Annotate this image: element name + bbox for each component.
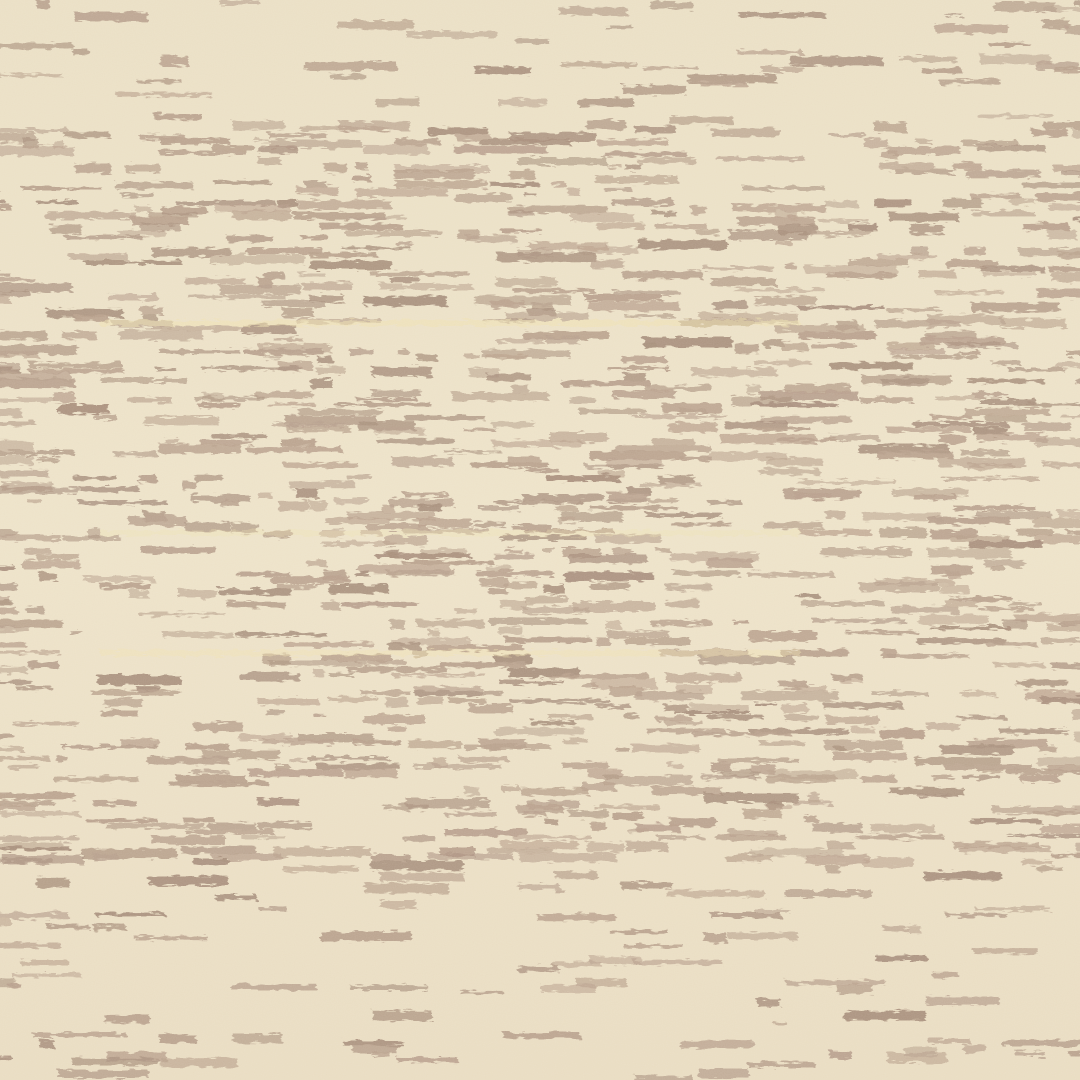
carpet-texture — [0, 0, 1080, 1080]
streak-pattern — [0, 0, 1080, 1080]
